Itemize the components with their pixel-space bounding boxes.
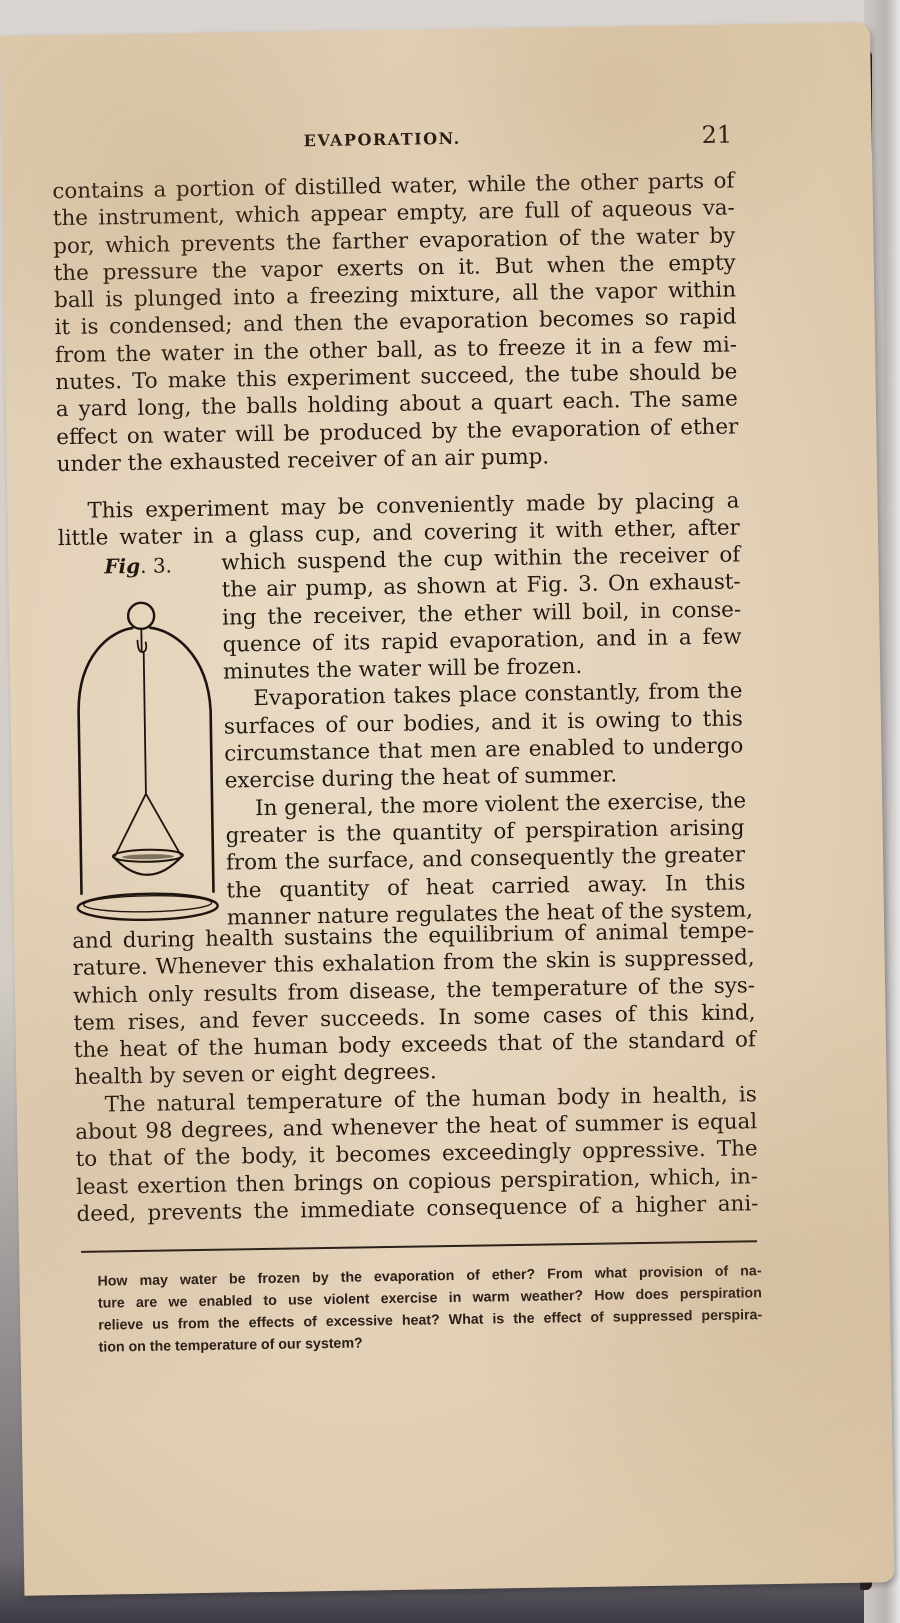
page-number: 21 xyxy=(701,121,732,149)
chapter-title: EVAPORATION. xyxy=(304,129,461,150)
wrapped-text-beside-figure: which suspend the cup within the receive… xyxy=(221,541,746,931)
bell-jar-figure xyxy=(71,593,226,935)
review-questions: How may water be frozen by the evaporati… xyxy=(97,1260,762,1358)
book-page: EVAPORATION. 21 contains a portion of di… xyxy=(0,22,894,1595)
paragraph-continuation: contains a portion of distilled water, w… xyxy=(52,167,739,478)
figure-label: Fig. 3. xyxy=(104,553,172,578)
figure-label-italic: Fig xyxy=(104,554,140,579)
figure-label-number: . 3. xyxy=(140,553,172,577)
running-head: EVAPORATION. 21 xyxy=(2,119,842,162)
footnote-divider xyxy=(81,1240,757,1253)
paragraph-after-figure: and during health sustains the equilibri… xyxy=(72,917,759,1228)
